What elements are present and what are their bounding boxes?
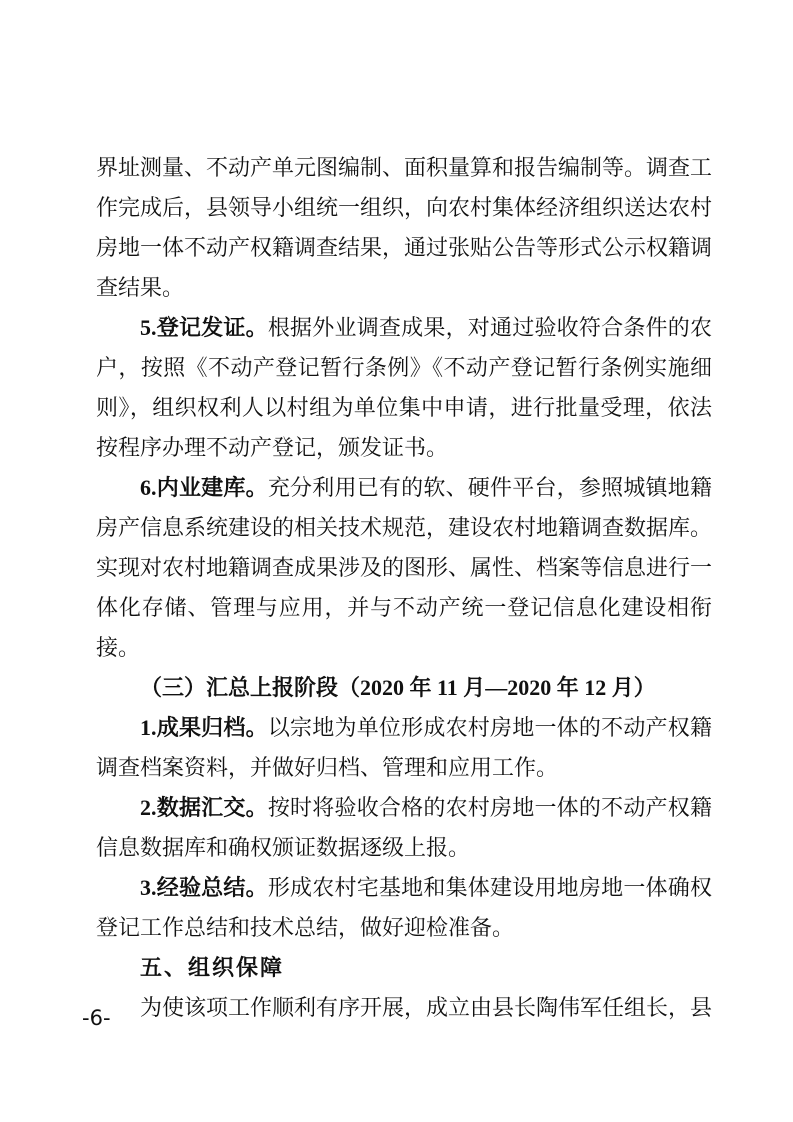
paragraph-lead: 1.成果归档。	[140, 715, 268, 740]
paragraph: 1.成果归档。以宗地为单位形成农村房地一体的不动产权籍调查档案资料，并做好归档、…	[96, 708, 712, 788]
section-heading: 五、组织保障	[96, 948, 712, 988]
paragraph: 为使该项工作顺利有序开展，成立由县长陶伟军任组长，县	[96, 988, 712, 1028]
paragraph: 界址测量、不动产单元图编制、面积量算和报告编制等。调查工作完成后，县领导小组统一…	[96, 148, 712, 308]
paragraph-lead: 5.登记发证。	[140, 315, 268, 340]
document-page: 界址测量、不动产单元图编制、面积量算和报告编制等。调查工作完成后，县领导小组统一…	[0, 0, 793, 1122]
paragraph-lead: 6.内业建库。	[140, 475, 268, 500]
paragraph: 3.经验总结。形成农村宅基地和集体建设用地房地一体确权登记工作总结和技术总结，做…	[96, 868, 712, 948]
page-number: -6-	[82, 1005, 111, 1031]
document-body: 界址测量、不动产单元图编制、面积量算和报告编制等。调查工作完成后，县领导小组统一…	[96, 148, 712, 1028]
paragraph-lead: 2.数据汇交。	[140, 795, 268, 820]
paragraph-text: 为使该项工作顺利有序开展，成立由县长陶伟军任组长，县	[140, 995, 712, 1020]
paragraph-text: 充分利用已有的软、硬件平台，参照城镇地籍房产信息系统建设的相关技术规范，建设农村…	[96, 475, 712, 660]
paragraph-text: 五、组织保障	[140, 955, 284, 980]
paragraph-text: （三）汇总上报阶段（2020 年 11 月—2020 年 12 月）	[140, 675, 656, 700]
paragraph: 5.登记发证。根据外业调查成果，对通过验收符合条件的农户，按照《不动产登记暂行条…	[96, 308, 712, 468]
paragraph: 6.内业建库。充分利用已有的软、硬件平台，参照城镇地籍房产信息系统建设的相关技术…	[96, 468, 712, 668]
section-heading: （三）汇总上报阶段（2020 年 11 月—2020 年 12 月）	[96, 668, 712, 708]
paragraph-lead: 3.经验总结。	[140, 875, 268, 900]
paragraph: 2.数据汇交。按时将验收合格的农村房地一体的不动产权籍信息数据库和确权颁证数据逐…	[96, 788, 712, 868]
paragraph-text: 界址测量、不动产单元图编制、面积量算和报告编制等。调查工作完成后，县领导小组统一…	[96, 155, 712, 300]
